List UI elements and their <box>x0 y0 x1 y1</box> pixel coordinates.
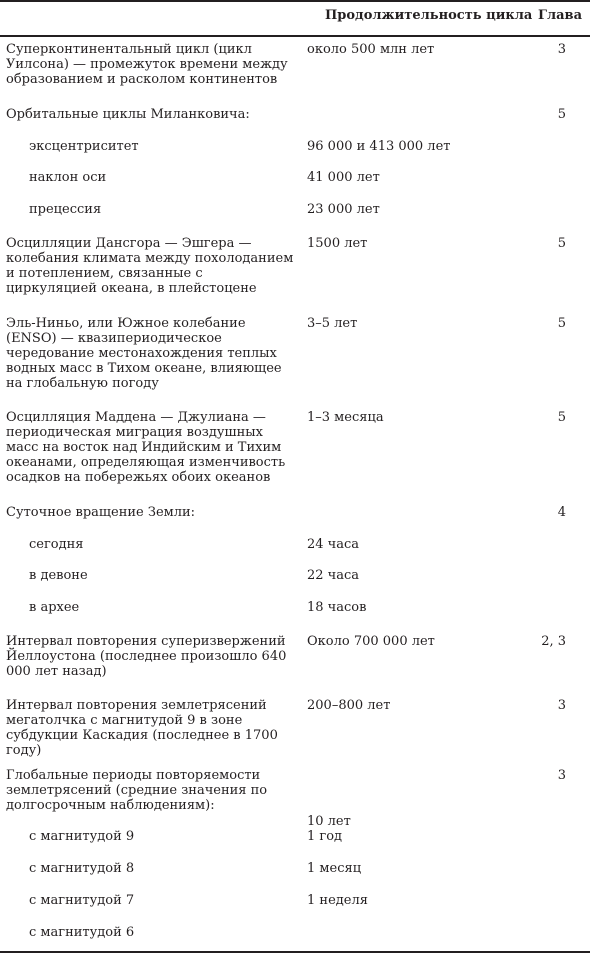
cycle-chapter: 4 <box>558 505 566 520</box>
cycle-duration: 1–3 месяца <box>307 410 527 425</box>
cycle-duration: 1 год <box>307 829 527 844</box>
cycle-chapter: 5 <box>558 316 566 331</box>
cycle-chapter: 3 <box>558 768 566 783</box>
cycle-duration: 41 000 лет <box>307 170 527 185</box>
cycle-chapter: 5 <box>558 236 566 251</box>
cycle-chapter: 5 <box>558 410 566 425</box>
cycle-name: Орбитальные циклы Миланковича: <box>6 107 296 122</box>
cycle-name: прецессия <box>29 202 319 217</box>
cycle-duration: 23 000 лет <box>307 202 527 217</box>
cycle-chapter: 2, 3 <box>541 634 566 649</box>
cycle-name: Интервал повторения землетрясений мегато… <box>6 698 296 758</box>
cycle-duration: 1500 лет <box>307 236 527 251</box>
cycle-duration: 1 месяц <box>307 861 527 876</box>
cycle-chapter: 3 <box>558 698 566 713</box>
cycle-name: Эль-Ниньо, или Южное колебание (ENSO) — … <box>6 316 296 391</box>
header-duration: Продолжительность цикла <box>325 8 532 23</box>
cycle-name: Интервал повторения суперизвержений Йелл… <box>6 634 296 679</box>
top-rule <box>0 0 590 2</box>
cycle-duration: 10 лет <box>307 814 527 829</box>
cycle-name: Осцилляции Дансгора — Эшгера — колебания… <box>6 236 296 296</box>
cycle-name: с магнитудой 7 <box>29 893 319 908</box>
cycle-name: в архее <box>29 600 319 615</box>
cycle-duration: 3–5 лет <box>307 316 527 331</box>
cycle-name: в девоне <box>29 568 319 583</box>
cycle-name: наклон оси <box>29 170 319 185</box>
cycle-name: с магнитудой 9 <box>29 829 319 844</box>
cycle-name: сегодня <box>29 537 319 552</box>
cycle-duration: около 500 млн лет <box>307 42 527 57</box>
cycle-chapter: 3 <box>558 42 566 57</box>
cycle-duration: 24 часа <box>307 537 527 552</box>
cycle-duration: 1 неделя <box>307 893 527 908</box>
cycle-duration: 200–800 лет <box>307 698 527 713</box>
cycle-duration: Около 700 000 лет <box>307 634 527 649</box>
cycle-name: с магнитудой 8 <box>29 861 319 876</box>
cycle-name: Осцилляция Маддена — Джулиана — периодич… <box>6 410 296 485</box>
cycle-name: Суточное вращение Земли: <box>6 505 296 520</box>
cycle-duration: 18 часов <box>307 600 527 615</box>
cycle-name: с магнитудой 6 <box>29 925 319 940</box>
cycle-name: эксцентриситет <box>29 139 319 154</box>
cycle-duration: 22 часа <box>307 568 527 583</box>
cycle-name: Глобальные периоды повторяемости землетр… <box>6 768 296 813</box>
cycle-duration: 96 000 и 413 000 лет <box>307 139 527 154</box>
cycle-chapter: 5 <box>558 107 566 122</box>
header-rule <box>0 35 590 37</box>
header-chapter: Глава <box>538 8 582 23</box>
cycle-name: Суперконтинентальный цикл (цикл Уилсона)… <box>6 42 296 87</box>
